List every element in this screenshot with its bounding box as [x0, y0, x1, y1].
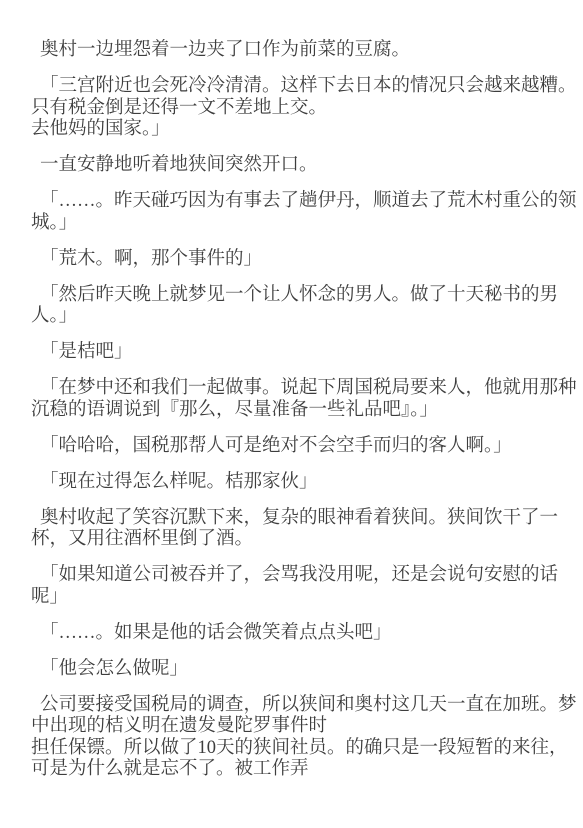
- paragraph: 「……。如果是他的话会微笑着点点头吧」: [31, 623, 577, 645]
- text-line: 城。」: [31, 213, 577, 235]
- text-line: 去他妈的国家。」: [31, 119, 577, 141]
- text-line: 杯，又用往酒杯里倒了酒。: [31, 529, 577, 551]
- paragraph: 「然后昨天晚上就梦见一个让人怀念的男人。做了十天秘书的男人。」: [31, 285, 577, 328]
- paragraph: 「三宫附近也会死冷冷清清。这样下去日本的情况只会越来越糟。只有税金倒是还得一文不…: [31, 76, 577, 141]
- paragraph: 「在梦中还和我们一起做事。说起下周国税局要来人，他就用那种沉稳的语调说到『那么，…: [31, 378, 577, 421]
- text-line: 「是桔吧」: [31, 342, 577, 364]
- text-line: 一直安静地听着地狭间突然开口。: [31, 155, 577, 177]
- text-line: 「哈哈哈，国税那帮人可是绝对不会空手而归的客人啊。」: [31, 436, 577, 458]
- paragraph: 奥村一边埋怨着一边夹了口作为前菜的豆腐。: [31, 40, 577, 62]
- text-line: 公司要接受国税局的调查，所以狭间和奥村这几天一直在加班。梦: [31, 695, 577, 717]
- text-line: 「……。如果是他的话会微笑着点点头吧」: [31, 623, 577, 645]
- text-page: 奥村一边埋怨着一边夹了口作为前菜的豆腐。「三宫附近也会死冷冷清清。这样下去日本的…: [0, 0, 583, 828]
- text-line: 「现在过得怎么样呢。桔那家伙」: [31, 472, 577, 494]
- text-line: 「在梦中还和我们一起做事。说起下周国税局要来人，他就用那种: [31, 378, 577, 400]
- paragraph: 「哈哈哈，国税那帮人可是绝对不会空手而归的客人啊。」: [31, 436, 577, 458]
- text-line: 「……。昨天碰巧因为有事去了趟伊丹，顺道去了荒木村重公的领: [31, 191, 577, 213]
- text-line: 「然后昨天晚上就梦见一个让人怀念的男人。做了十天秘书的男: [31, 285, 577, 307]
- text-line: 只有税金倒是还得一文不差地上交。: [31, 98, 577, 120]
- paragraph: 「是桔吧」: [31, 342, 577, 364]
- paragraph: 「他会怎么做呢」: [31, 659, 577, 681]
- paragraph: 奥村收起了笑容沉默下来，复杂的眼神看着狭间。狭间饮干了一杯，又用往酒杯里倒了酒。: [31, 508, 577, 551]
- text-line: 沉稳的语调说到『那么，尽量准备一些礼品吧』。」: [31, 400, 577, 422]
- text-line: 担任保镖。所以做了10天的狭间社员。的确只是一段短暂的来往，: [31, 738, 577, 760]
- text-line: 中出现的桔义明在遗发曼陀罗事件时: [31, 716, 577, 738]
- text-line: 「荒木。啊，那个事件的」: [31, 249, 577, 271]
- text-line: 奥村一边埋怨着一边夹了口作为前菜的豆腐。: [31, 40, 577, 62]
- text-line: 可是为什么就是忘不了。被工作弄: [31, 759, 577, 781]
- text-line: 「他会怎么做呢」: [31, 659, 577, 681]
- text-line: 「三宫附近也会死冷冷清清。这样下去日本的情况只会越来越糟。: [31, 76, 577, 98]
- paragraph: 一直安静地听着地狭间突然开口。: [31, 155, 577, 177]
- text-line: 呢」: [31, 587, 577, 609]
- paragraph: 「现在过得怎么样呢。桔那家伙」: [31, 472, 577, 494]
- text-line: 奥村收起了笑容沉默下来，复杂的眼神看着狭间。狭间饮干了一: [31, 508, 577, 530]
- text-line: 人。」: [31, 306, 577, 328]
- paragraph: 「荒木。啊，那个事件的」: [31, 249, 577, 271]
- paragraph: 「如果知道公司被吞并了，会骂我没用呢，还是会说句安慰的话呢」: [31, 565, 577, 608]
- paragraph: 公司要接受国税局的调查，所以狭间和奥村这几天一直在加班。梦中出现的桔义明在遗发曼…: [31, 695, 577, 781]
- text-line: 「如果知道公司被吞并了，会骂我没用呢，还是会说句安慰的话: [31, 565, 577, 587]
- paragraph: 「……。昨天碰巧因为有事去了趟伊丹，顺道去了荒木村重公的领城。」: [31, 191, 577, 234]
